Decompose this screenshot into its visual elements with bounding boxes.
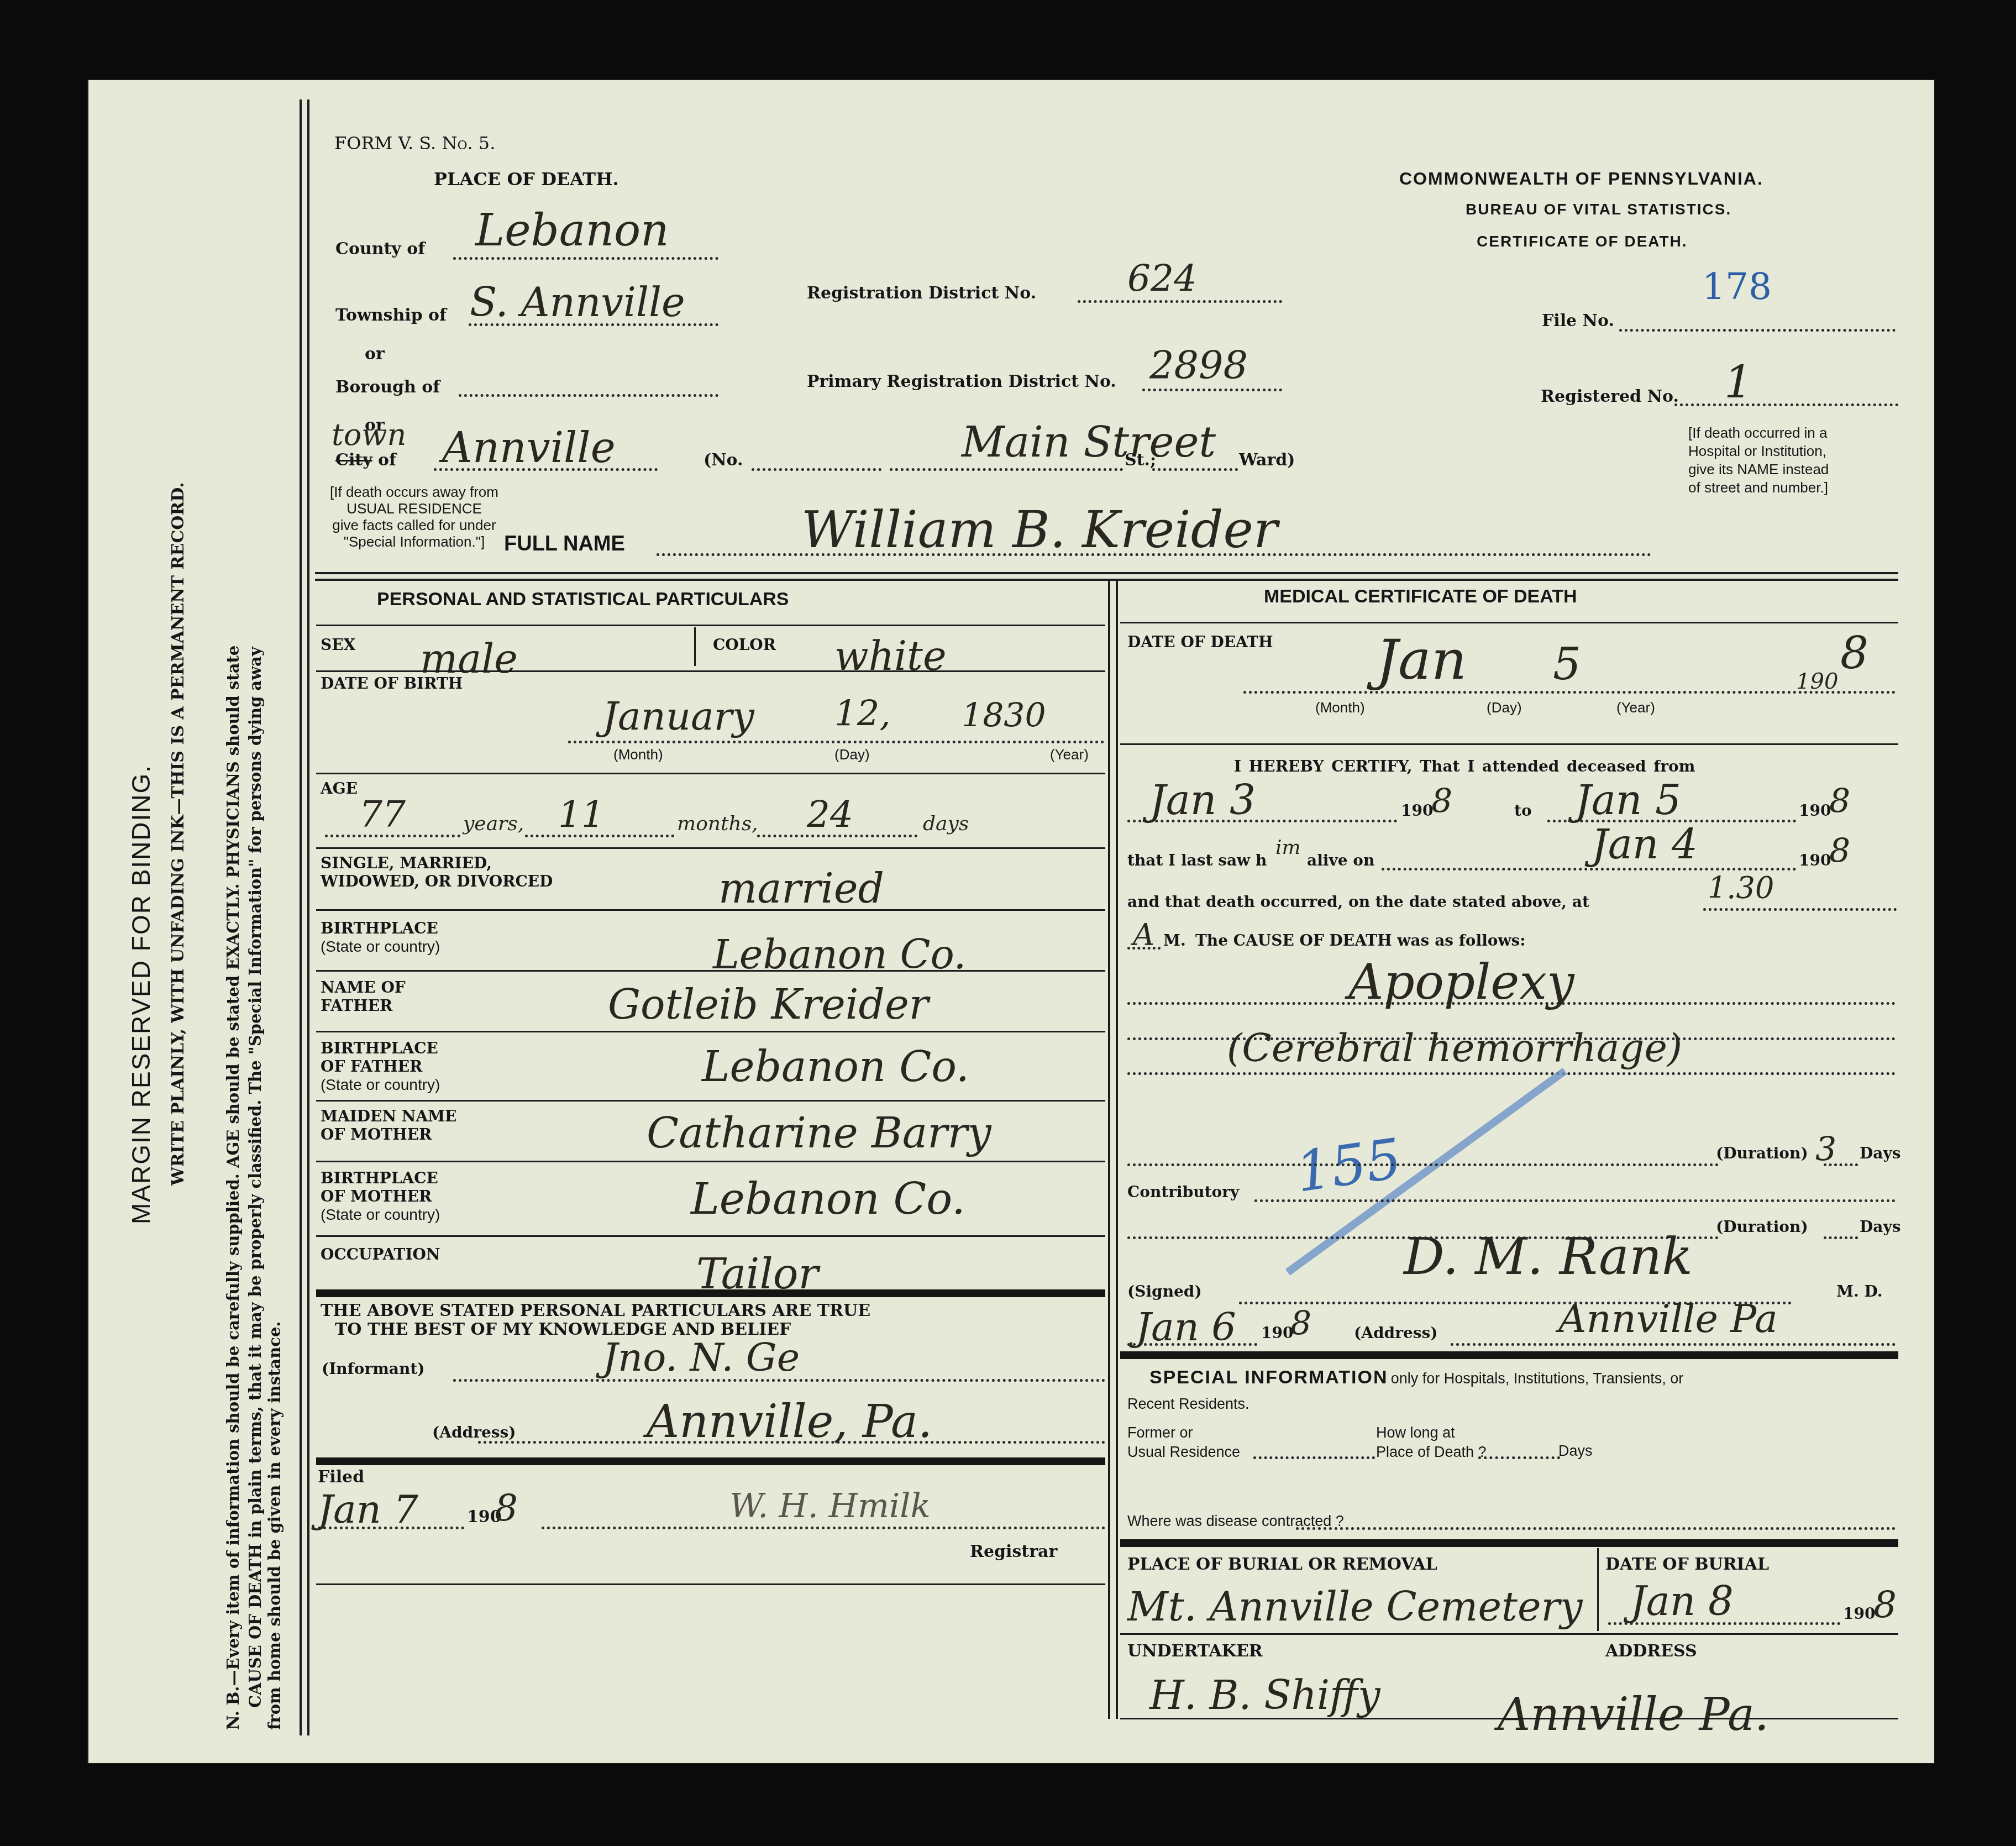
dob-line [568, 741, 1104, 743]
mother-birthplace-label: BIRTHPLACE OF MOTHER (State or country) [321, 1169, 440, 1224]
dob-month-caption: (Month) [613, 746, 663, 763]
attended-to-year-prefix: 190 [1799, 801, 1831, 820]
usual-residence-note: [If death occurs away from USUAL RESIDEN… [330, 484, 498, 550]
age-label: AGE [321, 779, 358, 798]
registrar-label: Registrar [970, 1542, 1057, 1561]
color-label: COLOR [713, 636, 776, 654]
dod-label: DATE OF DEATH [1127, 633, 1273, 651]
mother-maiden-value[interactable]: Catharine Barry [647, 1108, 991, 1157]
undertaker-address-value[interactable]: Annville Pa. [1498, 1688, 1769, 1741]
physician-address[interactable]: Annville Pa [1558, 1296, 1778, 1341]
duration-label: (Duration) [1716, 1144, 1808, 1162]
duration-days-label: Days [1860, 1144, 1901, 1162]
age-months-value[interactable]: 11 [558, 793, 605, 836]
county-value[interactable]: Lebanon [475, 204, 669, 256]
age-years-word: years, [463, 812, 524, 835]
cause-line-3 [1127, 1072, 1896, 1075]
dob-day[interactable]: 12, [834, 694, 891, 735]
contributory-line[interactable] [1254, 1199, 1896, 1202]
dob-day-caption: (Day) [834, 746, 870, 763]
mother-maiden-label: MAIDEN NAME OF MOTHER [321, 1107, 456, 1144]
how-long-line[interactable] [1478, 1456, 1560, 1459]
last-saw-year[interactable]: 8 [1829, 832, 1850, 870]
row-rule [1120, 622, 1898, 623]
attended-to-date[interactable]: Jan 5 [1575, 777, 1681, 824]
row-rule [316, 1100, 1105, 1102]
age-days-word: days [923, 812, 969, 835]
cause-primary[interactable]: Apoplexy [1348, 953, 1574, 1010]
burial-place-label: PLACE OF BURIAL OR REMOVAL [1127, 1555, 1437, 1574]
dod-year-caption: (Year) [1616, 699, 1655, 716]
burial-place-value[interactable]: Mt. Annville Cemetery [1127, 1583, 1583, 1630]
burial-year-prefix: 190 [1843, 1604, 1875, 1623]
signed-label: (Signed) [1127, 1282, 1202, 1300]
burial-date-label: DATE OF BURIAL [1605, 1555, 1769, 1574]
filed-year-suffix[interactable]: 8 [495, 1487, 518, 1529]
row-rule [316, 847, 1105, 849]
burial-year-suffix[interactable]: 8 [1873, 1583, 1897, 1626]
file-no-line [1619, 329, 1896, 332]
dod-month-caption: (Month) [1315, 699, 1365, 716]
row-rule [316, 1161, 1105, 1162]
margin-permanent-record: WRITE PLAINLY, WITH UNFADING INK—THIS IS… [169, 482, 188, 1186]
margin-binding-text: MARGIN RESERVED FOR BINDING. [126, 764, 156, 1224]
certify-statement: I HEREBY CERTIFY, That I attended deceas… [1234, 757, 1695, 775]
death-time-label: and that death occurred, on the date sta… [1127, 893, 1589, 911]
informant-label: (Informant) [322, 1360, 424, 1378]
how-long-days: Days [1558, 1443, 1593, 1460]
duration2-value-line[interactable] [1824, 1236, 1858, 1239]
death-time-line [1703, 908, 1897, 911]
column-divider-2 [1116, 580, 1118, 1719]
street-number-field-line[interactable] [752, 468, 881, 471]
how-long-label: How long at Place of Death ? [1376, 1423, 1487, 1462]
thick-rule [1120, 1539, 1898, 1547]
registered-no-line [1674, 403, 1898, 406]
margin-rule [300, 99, 302, 1735]
father-birthplace-label: BIRTHPLACE OF FATHER (State or country) [321, 1039, 440, 1094]
marital-value[interactable]: married [718, 865, 884, 912]
thick-rule [316, 1457, 1105, 1465]
primary-registration-line [1142, 389, 1282, 391]
row-rule [316, 1235, 1105, 1237]
street-number-label: (No. [704, 450, 743, 470]
attestation-text: THE ABOVE STATED PERSONAL PARTICULARS AR… [321, 1302, 870, 1339]
row-rule [1120, 1633, 1898, 1635]
registration-district-label: Registration District No. [807, 284, 1036, 303]
color-value[interactable]: white [834, 633, 947, 679]
am-pm-value[interactable]: A [1133, 917, 1154, 952]
primary-registration-label: Primary Registration District No. [807, 372, 1116, 391]
marital-label: SINGLE, MARRIED, WIDOWED, OR DIVORCED [321, 854, 553, 890]
thick-rule [316, 1289, 1105, 1297]
section-divider [315, 572, 1898, 574]
row-rule [316, 1031, 1105, 1032]
registered-no-value[interactable]: 1 [1724, 356, 1752, 408]
place-of-death-title: PLACE OF DEATH. [434, 169, 619, 190]
signed-year[interactable]: 8 [1290, 1304, 1311, 1343]
row-rule [316, 670, 1105, 672]
street-suffix-label: St.; [1125, 450, 1156, 470]
m-label: M. [1163, 931, 1186, 950]
to-label: to [1514, 801, 1532, 820]
township-label: Township of [335, 306, 447, 325]
certificate-title: CERTIFICATE OF DEATH. [1477, 233, 1688, 250]
duration2-days-label: Days [1860, 1218, 1901, 1236]
medical-section-title: MEDICAL CERTIFICATE OF DEATH [1264, 586, 1577, 607]
informant-address-label: (Address) [432, 1423, 516, 1441]
dod-year-suffix[interactable]: 8 [1840, 627, 1868, 679]
signed-year-prefix: 190 [1261, 1324, 1293, 1342]
age-days-value[interactable]: 24 [807, 793, 853, 836]
ward-label: Ward) [1239, 450, 1295, 470]
sex-label: SEX [321, 636, 355, 654]
dod-month[interactable]: Jan [1376, 627, 1467, 692]
registration-district-line [1078, 300, 1282, 303]
informant-value[interactable]: Jno. N. Ge [602, 1335, 800, 1380]
cause-secondary[interactable]: (Cerebral hemorrhage) [1227, 1025, 1682, 1071]
burial-date-value[interactable]: Jan 8 [1630, 1578, 1734, 1624]
burial-divider [1597, 1548, 1599, 1631]
margin-rule-2 [307, 99, 309, 1735]
former-residence-label: Former or Usual Residence [1127, 1423, 1240, 1462]
personal-section-title: PERSONAL AND STATISTICAL PARTICULARS [377, 589, 789, 610]
undertaker-address-label: ADDRESS [1605, 1642, 1697, 1661]
row-rule [316, 625, 1105, 626]
last-saw-year-prefix: 190 [1799, 851, 1831, 869]
row-rule [316, 909, 1105, 911]
registrar-signature[interactable]: W. H. Hmilk [729, 1487, 931, 1525]
city-value[interactable]: Annville [442, 423, 616, 472]
mother-birthplace-value[interactable]: Lebanon Co. [691, 1174, 965, 1224]
dod-year-prefix: 190 [1796, 669, 1838, 694]
registration-district-value[interactable]: 624 [1127, 257, 1197, 300]
attended-from-year[interactable]: 8 [1431, 782, 1452, 821]
attended-from-year-prefix: 190 [1401, 801, 1433, 820]
father-name-label: NAME OF FATHER [321, 978, 406, 1015]
dob-year[interactable]: 1830 [962, 696, 1046, 735]
section-divider-2 [315, 579, 1898, 581]
city-label-struck: City of [335, 450, 396, 470]
margin-nb-line1: N. B.—Every item of information should b… [224, 646, 243, 1730]
last-saw-pronoun[interactable]: im [1275, 836, 1301, 859]
age-years-value[interactable]: 77 [359, 793, 406, 836]
alive-on-label: alive on [1307, 851, 1374, 869]
physician-signature[interactable]: D. M. Rank [1404, 1227, 1693, 1286]
street-value[interactable]: Main Street [962, 417, 1216, 466]
dod-day-caption: (Day) [1487, 699, 1522, 716]
form-number: FORM V. S. No. 5. [334, 133, 495, 154]
margin-nb-line3: from home should be given in every insta… [265, 1321, 284, 1730]
commonwealth-title: COMMONWEALTH OF PENNSYLVANIA. [1399, 169, 1763, 189]
city-replacement-word: town [332, 417, 406, 452]
attended-to-year[interactable]: 8 [1829, 782, 1850, 821]
father-birthplace-value[interactable]: Lebanon Co. [702, 1042, 969, 1091]
attended-from-date[interactable]: Jan 3 [1149, 777, 1256, 824]
file-no-label: File No. [1542, 311, 1614, 331]
hospital-note: [If death occurred in a Hospital or Inst… [1688, 424, 1829, 497]
bottom-rule [316, 1583, 1105, 1585]
column-divider [1108, 580, 1110, 1719]
duration-line [1127, 1163, 1719, 1166]
borough-field-line[interactable] [459, 394, 718, 397]
full-name-value[interactable]: William B. Kreider [801, 500, 1278, 559]
borough-label: Borough of [335, 377, 440, 397]
death-time-value[interactable]: 1.30 [1708, 870, 1774, 905]
death-certificate-page: MARGIN RESERVED FOR BINDING. WRITE PLAIN… [88, 80, 1934, 1763]
duration-value[interactable]: 3 [1815, 1130, 1836, 1169]
cause-label: The CAUSE OF DEATH was as follows: [1195, 931, 1526, 950]
physician-address-label: (Address) [1354, 1324, 1437, 1342]
signed-date[interactable]: Jan 6 [1136, 1304, 1236, 1350]
contracted-line[interactable] [1296, 1527, 1896, 1530]
margin-nb-line2: CAUSE OF DEATH in plain terms, that it m… [246, 647, 265, 1708]
sex-color-divider [694, 627, 696, 666]
or-label-1: or [365, 344, 385, 364]
bureau-title: BUREAU OF VITAL STATISTICS. [1466, 201, 1731, 218]
file-no-value[interactable]: 178 [1702, 265, 1772, 308]
last-saw-label: that I last saw h [1127, 851, 1267, 869]
row-rule [1120, 743, 1898, 745]
special-info-subtitle: Recent Residents. [1127, 1396, 1250, 1413]
undertaker-value[interactable]: H. B. Shiffy [1149, 1672, 1380, 1718]
birthplace-label: BIRTHPLACE (State or country) [321, 919, 440, 956]
physician-address-line [1451, 1343, 1896, 1346]
filed-date[interactable]: Jan 7 [318, 1487, 418, 1532]
father-name-value[interactable]: Gotleib Kreider [608, 981, 928, 1029]
filed-label: Filed [318, 1467, 364, 1487]
row-rule [1120, 1718, 1898, 1719]
registered-no-label: Registered No. [1541, 387, 1679, 406]
md-label: M. D. [1836, 1282, 1883, 1300]
row-rule [316, 970, 1105, 972]
informant-address-value[interactable]: Annville, Pa. [647, 1396, 932, 1448]
dob-label: DATE OF BIRTH [321, 674, 463, 693]
dob-month[interactable]: January [602, 694, 754, 739]
special-info-heading: SPECIAL INFORMATION only for Hospitals, … [1149, 1367, 1683, 1388]
dob-year-caption: (Year) [1050, 746, 1089, 763]
thick-rule [1120, 1351, 1898, 1359]
primary-registration-value[interactable]: 2898 [1149, 343, 1248, 388]
duration2-label: (Duration) [1716, 1218, 1808, 1236]
occupation-label: OCCUPATION [321, 1245, 440, 1263]
registrar-line [542, 1527, 1105, 1529]
last-saw-date[interactable]: Jan 4 [1592, 821, 1698, 868]
dod-day[interactable]: 5 [1553, 638, 1581, 690]
contributory-label: Contributory [1127, 1183, 1239, 1201]
ward-field-line[interactable] [1152, 468, 1238, 471]
county-label: County of [335, 239, 425, 259]
county-field-line [453, 257, 718, 260]
township-value[interactable]: S. Annville [470, 279, 685, 326]
former-residence-line[interactable] [1253, 1456, 1375, 1459]
age-months-word: months, [677, 812, 758, 835]
undertaker-label: UNDERTAKER [1127, 1642, 1263, 1661]
row-rule [316, 773, 1105, 774]
street-field-line [890, 468, 1123, 471]
full-name-label: FULL NAME [504, 532, 625, 556]
